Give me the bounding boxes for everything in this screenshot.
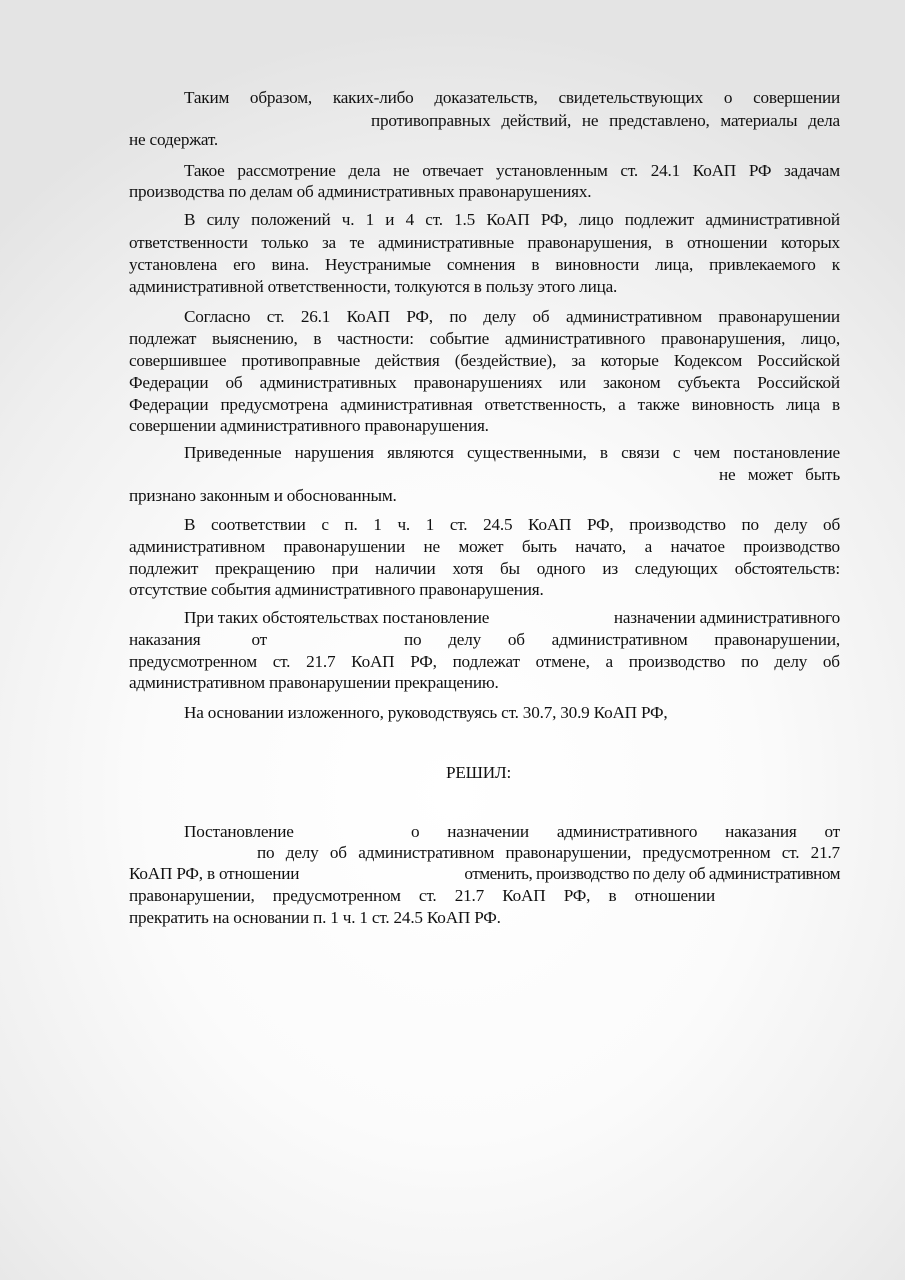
word: задачам: [784, 160, 840, 182]
word: а: [618, 394, 625, 416]
word: административном: [358, 842, 494, 864]
word: 24.5: [483, 514, 512, 536]
word: ст.: [450, 514, 468, 536]
word: может: [748, 464, 793, 486]
word: только: [261, 232, 308, 254]
word: постановление: [733, 442, 840, 464]
word: образом,: [250, 87, 312, 109]
word: производство: [629, 651, 726, 673]
word: РФ,: [587, 514, 614, 536]
paragraph-line: Федерацииобадминистративныхправонарушени…: [129, 372, 840, 394]
word: быть: [522, 536, 557, 558]
word: производство: [629, 514, 726, 536]
word: те: [350, 232, 365, 254]
word: КоАП: [351, 651, 394, 673]
word: о: [411, 821, 419, 843]
word: ответственности: [129, 232, 248, 254]
word: делу: [774, 651, 807, 673]
resolution-line: Постановление: [184, 821, 294, 843]
paragraph-line: неможетбыть: [719, 464, 840, 486]
word: начатое: [671, 536, 725, 558]
word: административном: [129, 536, 265, 558]
word: в: [665, 232, 673, 254]
word: Приведенные: [184, 442, 281, 464]
word: ст.: [620, 160, 638, 182]
word: свидетельствующих: [558, 87, 703, 109]
word: отвечает: [422, 160, 483, 182]
word: из: [602, 558, 618, 580]
word: от: [824, 821, 839, 843]
resolution-line: оназначенииадминистративногонаказанияот: [411, 821, 840, 843]
word: предусмотренном: [273, 885, 401, 907]
word: ст.: [425, 209, 443, 231]
word: ст.: [267, 306, 285, 328]
word: связи: [621, 442, 659, 464]
paragraph-line: подлежатвыяснению,вчастности:событиеадми…: [129, 328, 840, 350]
word: по: [257, 842, 274, 864]
word: Такое: [184, 160, 225, 182]
word: правонарушении: [283, 536, 404, 558]
word: субъекта: [678, 372, 740, 394]
word: не: [393, 160, 409, 182]
word: делу: [448, 629, 481, 651]
word: правонарушении: [718, 306, 839, 328]
word: нарушения: [295, 442, 374, 464]
word: правонарушении,: [506, 842, 632, 864]
word: с: [321, 514, 328, 536]
word: делу: [483, 306, 516, 328]
word: не: [424, 536, 440, 558]
paragraph-line: предусмотренномст.21.7КоАПРФ,подлежатотм…: [129, 651, 840, 673]
word: действий,: [501, 110, 571, 132]
word: лицо,: [801, 328, 840, 350]
paragraph-line: Всилуположенийч.1и4ст.1.5КоАПРФ,лицоподл…: [184, 209, 840, 231]
word: которые: [601, 350, 659, 372]
word: 26.1: [301, 306, 330, 328]
paragraph-line: не содержат.: [129, 129, 218, 151]
paragraph-line: Федерациипредусмотренаадминистративнаяот…: [129, 394, 840, 416]
word: частности:: [337, 328, 414, 350]
word: КоАП: [693, 160, 736, 182]
word: не: [582, 110, 598, 132]
word: лицо: [579, 209, 614, 231]
word: виновности: [555, 254, 639, 276]
word: в: [313, 328, 321, 350]
word: вина.: [272, 254, 309, 276]
word: ч.: [397, 514, 410, 536]
paragraph-line: противоправныхдействий,непредставлено,ма…: [371, 110, 840, 132]
word: противоправные: [241, 350, 360, 372]
resolution-line: отменить, производство по делу об админи…: [419, 863, 840, 885]
word: правонарушениях: [414, 372, 543, 394]
word: ст.: [782, 842, 800, 864]
paragraph-line: подлежитпрекращениюприналичиихотябыодног…: [129, 558, 840, 580]
paragraph-line: отсутствие события административного пра…: [129, 579, 544, 601]
word: наказания: [129, 629, 200, 651]
word: соответствии: [211, 514, 306, 536]
paragraph-line: наказанияот: [129, 629, 267, 651]
word: Кодексом: [674, 350, 742, 372]
word: следующих: [635, 558, 718, 580]
word: дела: [808, 110, 840, 132]
word: В: [184, 209, 195, 231]
word: а: [606, 651, 613, 673]
word: в: [600, 442, 608, 464]
word: существенными,: [467, 442, 587, 464]
word: об: [330, 842, 347, 864]
word: административные: [378, 232, 514, 254]
word: об: [823, 651, 840, 673]
word: хотя: [452, 558, 483, 580]
word: административном: [552, 629, 688, 651]
word: административного: [505, 328, 645, 350]
word: ст.: [273, 651, 291, 673]
word: от: [252, 629, 267, 651]
paragraph-line: административномправонарушениинеможетбыт…: [129, 536, 840, 558]
word: за: [322, 232, 336, 254]
word: одного: [537, 558, 586, 580]
word: отмене,: [536, 651, 590, 673]
resolution-line: прекратить на основании п. 1 ч. 1 ст. 24…: [129, 907, 501, 929]
paragraph-line: На основании изложенного, руководствуясь…: [184, 702, 668, 724]
word: (бездействие),: [455, 350, 556, 372]
word: материалы: [720, 110, 797, 132]
paragraph-line: поделуобадминистративномправонарушении,: [404, 629, 840, 651]
word: виновность: [692, 394, 774, 416]
word: представлено,: [609, 110, 710, 132]
paragraph-line: ответственноститолькозатеадминистративны…: [129, 232, 840, 254]
word: наказания: [725, 821, 796, 843]
resolution-line: поделуобадминистративномправонарушении,п…: [257, 842, 840, 864]
word: привлекаемого: [709, 254, 816, 276]
word: рассмотрение: [237, 160, 335, 182]
word: РФ,: [541, 209, 568, 231]
word: по: [404, 629, 421, 651]
word: об: [533, 306, 550, 328]
paragraph-line: признано законным и обоснованным.: [129, 485, 397, 507]
word: РФ: [749, 160, 771, 182]
word: КоАП: [528, 514, 571, 536]
word: по: [449, 306, 466, 328]
word: Российской: [757, 372, 840, 394]
word: подлежат: [453, 651, 520, 673]
word: начато,: [575, 536, 626, 558]
word: законом: [603, 372, 660, 394]
paragraph-line: Такимобразом,каких-либодоказательств,сви…: [184, 87, 840, 109]
word: в: [608, 885, 616, 907]
word: по: [741, 514, 758, 536]
word: положений: [251, 209, 330, 231]
word: установленным: [496, 160, 608, 182]
resolution-line: правонарушении,предусмотренномст.21.7КоА…: [129, 885, 715, 907]
word: п.: [345, 514, 358, 536]
word: правонарушении,: [714, 629, 840, 651]
word: предусмотренном: [129, 651, 257, 673]
word: не: [719, 464, 735, 486]
word: являются: [387, 442, 454, 464]
word: Таким: [184, 87, 229, 109]
word: административная: [340, 394, 472, 416]
word: в: [531, 254, 539, 276]
word: ответственность,: [484, 394, 606, 416]
word: 1: [426, 514, 434, 536]
word: правонарушения,: [528, 232, 652, 254]
word: совершившее: [129, 350, 226, 372]
paragraph-line: назначении административного: [597, 607, 840, 629]
paragraph-line: Всоответствиисп.1ч.1ст.24.5КоАПРФ,произв…: [184, 514, 840, 536]
paragraph-line: При таких обстоятельствах постановление: [184, 607, 489, 629]
paragraph-line: Согласност.26.1КоАПРФ,поделуобадминистра…: [184, 306, 840, 328]
paragraph-line: совершившеепротивоправныедействия(бездей…: [129, 350, 840, 372]
word: Российской: [757, 350, 840, 372]
word: Федерации: [129, 372, 208, 394]
word: подлежит: [625, 209, 694, 231]
word: административного: [557, 821, 697, 843]
word: отношении: [687, 232, 767, 254]
resolution-line: КоАП РФ, в отношении: [129, 863, 299, 885]
word: правонарушения,: [661, 328, 785, 350]
word: ч.: [342, 209, 355, 231]
word: быть: [805, 464, 840, 486]
word: об: [508, 629, 525, 651]
word: 1: [366, 209, 374, 231]
word: действия: [375, 350, 439, 372]
word: обстоятельств:: [735, 558, 840, 580]
word: КоАП: [486, 209, 529, 231]
word: с: [673, 442, 680, 464]
word: в: [832, 394, 840, 416]
word: прекращению: [215, 558, 315, 580]
word: по: [741, 651, 758, 673]
word: Неустранимые: [325, 254, 431, 276]
document-page: Такимобразом,каких-либодоказательств,сви…: [0, 0, 905, 1280]
word: а: [645, 536, 652, 558]
paragraph-line: Такоерассмотрениеделанеотвечаетустановле…: [184, 160, 840, 182]
word: бы: [500, 558, 520, 580]
word: наличии: [375, 558, 435, 580]
decision-heading: РЕШИЛ:: [446, 762, 511, 784]
word: подлежит: [129, 558, 198, 580]
word: КоАП: [502, 885, 545, 907]
paragraph-line: административной ответственности, толкую…: [129, 276, 617, 298]
word: административном: [566, 306, 702, 328]
word: может: [458, 536, 503, 558]
word: также: [638, 394, 680, 416]
word: событие: [430, 328, 489, 350]
word: лица: [786, 394, 820, 416]
word: чем: [694, 442, 721, 464]
word: дела: [348, 160, 380, 182]
word: выяснению,: [212, 328, 298, 350]
word: делу: [286, 842, 319, 864]
word: 4: [406, 209, 414, 231]
paragraph-line: установленаеговина.Неустранимыесомненияв…: [129, 254, 840, 276]
word: 1.5: [454, 209, 475, 231]
word: РФ,: [410, 651, 437, 673]
word: РФ,: [406, 306, 433, 328]
word: Федерации: [129, 394, 208, 416]
word: подлежат: [129, 328, 196, 350]
word: противоправных: [371, 110, 491, 132]
word: установлена: [129, 254, 217, 276]
word: сомнения: [447, 254, 515, 276]
word: лица,: [655, 254, 693, 276]
word: или: [559, 372, 585, 394]
word: 21.7: [306, 651, 335, 673]
word: КоАП: [347, 306, 390, 328]
paragraph-line: Приведенныенарушенияявляютсясущественным…: [184, 442, 840, 464]
word: к: [832, 254, 840, 276]
word: производство: [743, 536, 840, 558]
word: 1: [373, 514, 381, 536]
word: административных: [260, 372, 397, 394]
paragraph-line: совершении административного правонаруше…: [129, 415, 489, 437]
word: 24.1: [651, 160, 680, 182]
word: его: [233, 254, 255, 276]
word: В: [184, 514, 195, 536]
word: каких-либо: [333, 87, 414, 109]
word: совершении: [753, 87, 840, 109]
word: об: [226, 372, 243, 394]
word: предусмотренном: [642, 842, 770, 864]
word: административной: [705, 209, 840, 231]
paragraph-line: административном правонарушении прекраще…: [129, 672, 499, 694]
word: правонарушении,: [129, 885, 255, 907]
word: РФ,: [564, 885, 591, 907]
word: назначении: [447, 821, 529, 843]
word: доказательств,: [434, 87, 537, 109]
word: силу: [207, 209, 240, 231]
word: отношении: [635, 885, 715, 907]
word: об: [823, 514, 840, 536]
word: которых: [781, 232, 840, 254]
word: за: [571, 350, 585, 372]
word: о: [724, 87, 732, 109]
paragraph-line: производства по делам об административны…: [129, 181, 591, 203]
word: 21.7: [455, 885, 484, 907]
word: ст.: [419, 885, 437, 907]
word: делу: [775, 514, 808, 536]
word: предусмотрена: [220, 394, 328, 416]
word: при: [332, 558, 358, 580]
word: Согласно: [184, 306, 250, 328]
word: 21.7: [811, 842, 840, 864]
word: и: [385, 209, 394, 231]
